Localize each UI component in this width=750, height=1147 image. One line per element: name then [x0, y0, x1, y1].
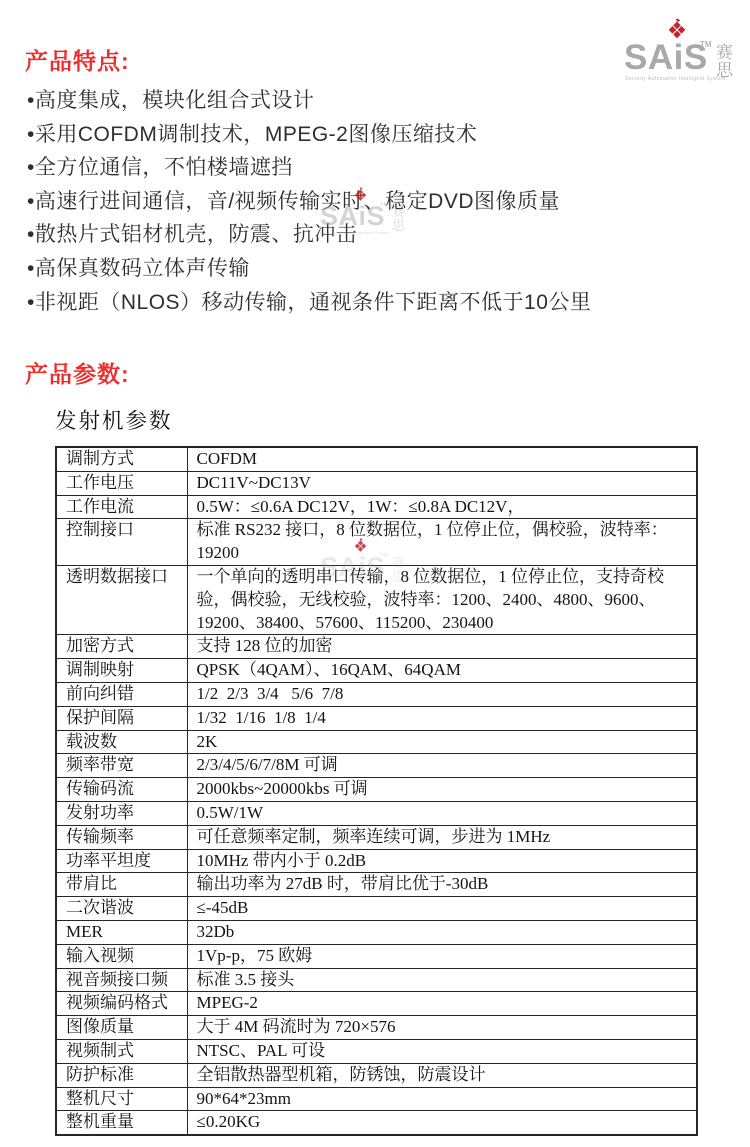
table-row: 视频编码格式MPEG-2	[56, 992, 697, 1016]
param-label: 传输码流	[56, 778, 187, 802]
table-row: 整机尺寸90*64*23mm	[56, 1087, 697, 1111]
param-value: 1/32 1/16 1/8 1/4	[187, 706, 697, 730]
param-label: 前向纠错	[56, 682, 187, 706]
param-value: 2000kbs~20000kbs 可调	[187, 778, 697, 802]
param-label: 调制方式	[56, 447, 187, 471]
param-value: DC11V~DC13V	[187, 471, 697, 495]
param-value: 1Vp-p，75 欧姆	[187, 944, 697, 968]
table-row: 频率带宽2/3/4/5/6/7/8M 可调	[56, 754, 697, 778]
feature-item: •散热片式铝材机壳，防震、抗冲击	[27, 218, 591, 252]
param-label: 视音频接口频	[56, 968, 187, 992]
table-row: 发射功率0.5W/1W	[56, 801, 697, 825]
param-value: 0.5W/1W	[187, 801, 697, 825]
transmitter-params-table: 调制方式COFDM 工作电压DC11V~DC13V 工作电流0.5W：≤0.6A…	[55, 446, 698, 1136]
param-value: ≤0.20KG	[187, 1111, 697, 1135]
param-label: 二次谐波	[56, 897, 187, 921]
table-row: 视音频接口频标准 3.5 接头	[56, 968, 697, 992]
param-label: 功率平坦度	[56, 849, 187, 873]
param-label: 视频编码格式	[56, 992, 187, 1016]
table-row: 保护间隔1/32 1/16 1/8 1/4	[56, 706, 697, 730]
features-heading: 产品特点:	[25, 43, 130, 76]
table-row: 视频制式NTSC、PAL 可设	[56, 1039, 697, 1063]
logo-tagline: Security Automation Intelligent System	[625, 76, 726, 82]
param-label: 频率带宽	[56, 754, 187, 778]
table-row: 调制方式COFDM	[56, 447, 697, 471]
param-label: 视频制式	[56, 1039, 187, 1063]
table-row: 传输码流2000kbs~20000kbs 可调	[56, 778, 697, 802]
param-value: 标准 3.5 接头	[187, 968, 697, 992]
param-value: 一个单向的透明串口传输，8 位数据位，1 位停止位，支持奇校验，偶校验，无线校验…	[187, 565, 697, 634]
param-label: 透明数据接口	[56, 565, 187, 634]
logo-tm: TM	[700, 40, 712, 49]
table-row: 二次谐波≤-45dB	[56, 897, 697, 921]
sais-logo: SAiS TM 赛思 Security Automation Intellige…	[624, 20, 740, 82]
logo-brand-text: SAiS	[624, 40, 708, 75]
param-label: 发射功率	[56, 801, 187, 825]
params-heading: 产品参数:	[25, 356, 130, 389]
table-row: 工作电流0.5W：≤0.6A DC12V，1W：≤0.8A DC12V，	[56, 495, 697, 519]
param-value: 标准 RS232 接口，8 位数据位，1 位停止位，偶校验，波特率： 19200	[187, 519, 697, 566]
param-label: 整机重量	[56, 1111, 187, 1135]
param-value: 10MHz 带内小于 0.2dB	[187, 849, 697, 873]
param-value: 90*64*23mm	[187, 1087, 697, 1111]
table-row: 透明数据接口一个单向的透明串口传输，8 位数据位，1 位停止位，支持奇校验，偶校…	[56, 565, 697, 634]
param-value: 1/2 2/3 3/4 5/6 7/8	[187, 682, 697, 706]
param-value: 32Db	[187, 920, 697, 944]
param-label: 整机尺寸	[56, 1087, 187, 1111]
param-value: 大于 4M 码流时为 720×576	[187, 1016, 697, 1040]
table-row: 工作电压DC11V~DC13V	[56, 471, 697, 495]
table-row: 前向纠错1/2 2/3 3/4 5/6 7/8	[56, 682, 697, 706]
table-row: 传输频率可任意频率定制，频率连续可调，步进为 1MHz	[56, 825, 697, 849]
param-value: 2/3/4/5/6/7/8M 可调	[187, 754, 697, 778]
table-row: 加密方式支持 128 位的加密	[56, 635, 697, 659]
param-value: MPEG-2	[187, 992, 697, 1016]
table-title: 发射机参数	[55, 404, 173, 435]
table-row: 整机重量≤0.20KG	[56, 1111, 697, 1135]
logo-cjk-text: 赛思	[716, 44, 736, 79]
param-label: 工作电流	[56, 495, 187, 519]
param-value: 全铝散热器型机箱，防锈蚀，防震设计	[187, 1063, 697, 1087]
param-label: 带肩比	[56, 873, 187, 897]
param-value: COFDM	[187, 447, 697, 471]
param-value: 可任意频率定制，频率连续可调，步进为 1MHz	[187, 825, 697, 849]
param-value: NTSC、PAL 可设	[187, 1039, 697, 1063]
table-row: 载波数2K	[56, 730, 697, 754]
features-list: •高度集成，模块化组合式设计 •采用COFDM调制技术，MPEG-2图像压缩技术…	[27, 84, 591, 319]
table-row: 控制接口标准 RS232 接口，8 位数据位，1 位停止位，偶校验，波特率： 1…	[56, 519, 697, 566]
param-label: 调制映射	[56, 659, 187, 683]
table-row: MER32Db	[56, 920, 697, 944]
feature-item: •高速行进间通信，音/视频传输实时、稳定DVD图像质量	[27, 185, 591, 219]
feature-item: •非视距（NLOS）移动传输，通视条件下距离不低于10公里	[27, 286, 591, 320]
param-value: 2K	[187, 730, 697, 754]
table-row: 功率平坦度10MHz 带内小于 0.2dB	[56, 849, 697, 873]
feature-item: •高保真数码立体声传输	[27, 252, 591, 286]
param-label: MER	[56, 920, 187, 944]
param-label: 加密方式	[56, 635, 187, 659]
param-value: 支持 128 位的加密	[187, 635, 697, 659]
feature-item: •采用COFDM调制技术，MPEG-2图像压缩技术	[27, 118, 591, 152]
param-label: 载波数	[56, 730, 187, 754]
param-label: 输入视频	[56, 944, 187, 968]
table-row: 输入视频1Vp-p，75 欧姆	[56, 944, 697, 968]
param-label: 保护间隔	[56, 706, 187, 730]
param-label: 图像质量	[56, 1016, 187, 1040]
param-value: 0.5W：≤0.6A DC12V，1W：≤0.8A DC12V，	[187, 495, 697, 519]
table-row: 防护标准全铝散热器型机箱，防锈蚀，防震设计	[56, 1063, 697, 1087]
param-label: 工作电压	[56, 471, 187, 495]
feature-item: •全方位通信，不怕楼墙遮挡	[27, 151, 591, 185]
feature-item: •高度集成，模块化组合式设计	[27, 84, 591, 118]
param-label: 传输频率	[56, 825, 187, 849]
table-row: 调制映射QPSK（4QAM）、16QAM、64QAM	[56, 659, 697, 683]
param-label: 防护标准	[56, 1063, 187, 1087]
table-row: 带肩比输出功率为 27dB 时，带肩比优于-30dB	[56, 873, 697, 897]
param-value: 输出功率为 27dB 时，带肩比优于-30dB	[187, 873, 697, 897]
param-value: QPSK（4QAM）、16QAM、64QAM	[187, 659, 697, 683]
param-label: 控制接口	[56, 519, 187, 566]
table-row: 图像质量大于 4M 码流时为 720×576	[56, 1016, 697, 1040]
param-value: ≤-45dB	[187, 897, 697, 921]
